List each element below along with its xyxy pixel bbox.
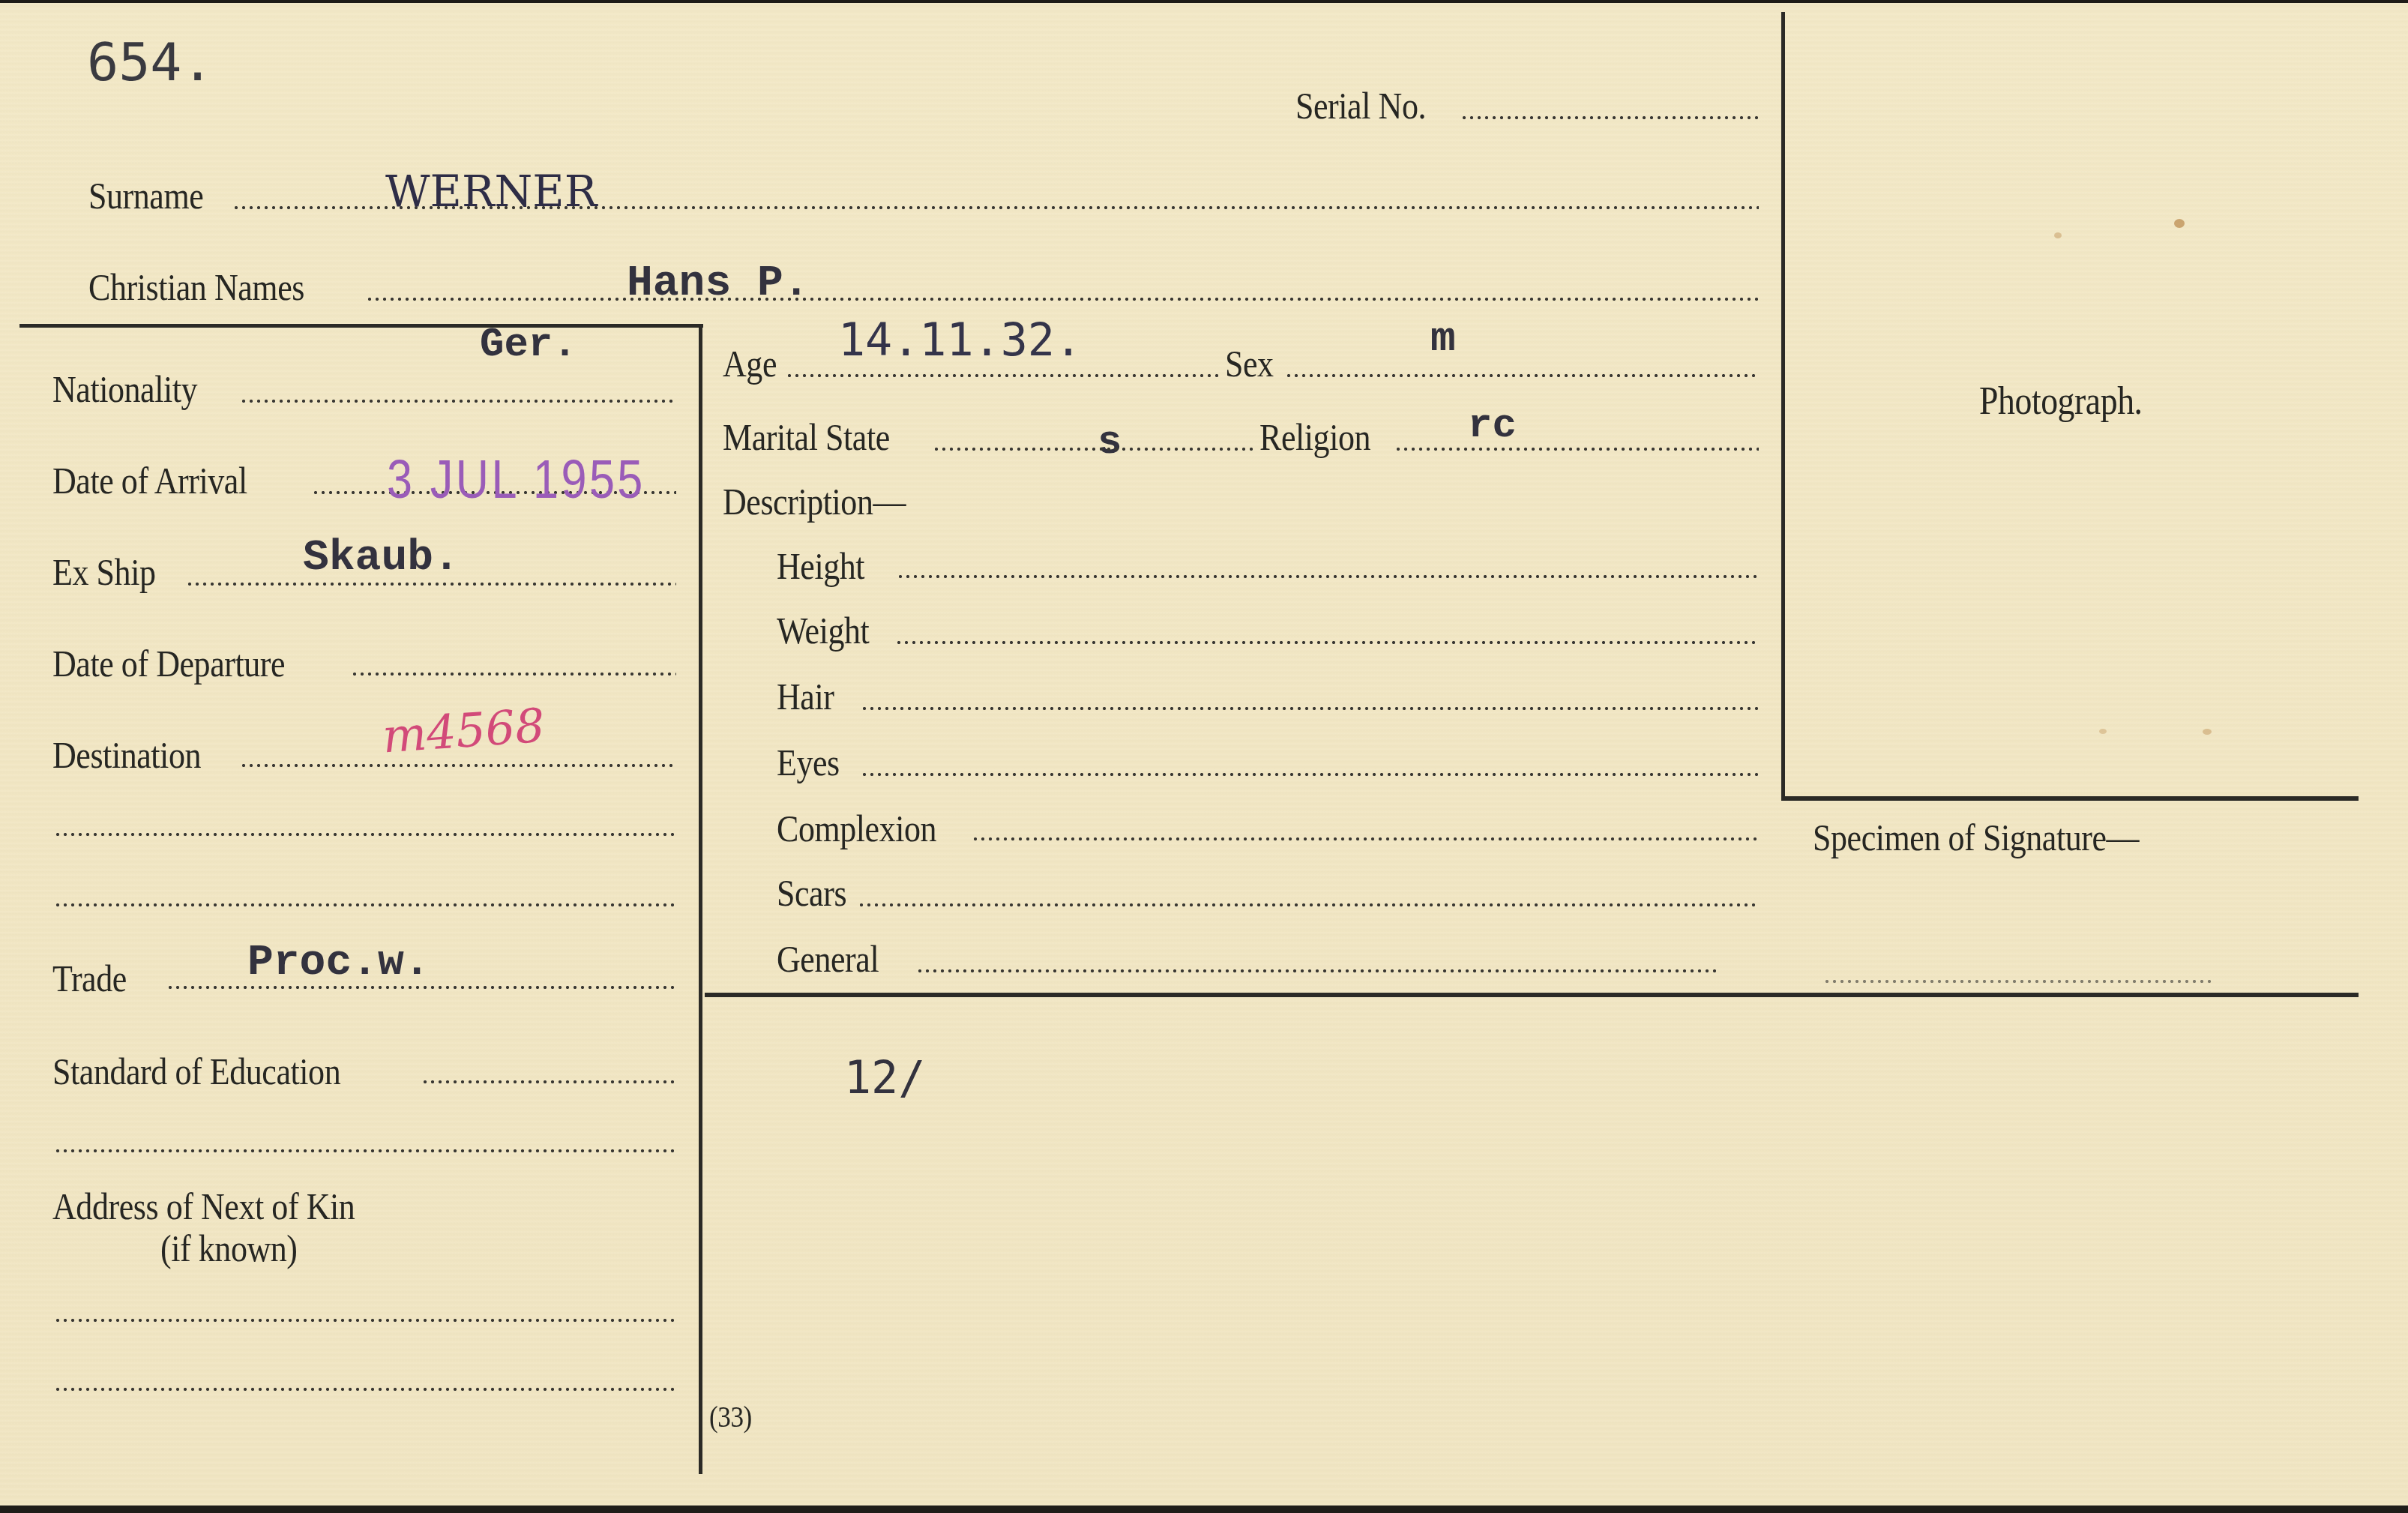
weight-field[interactable] [897, 640, 1759, 645]
religion-label: Religion [1259, 418, 1370, 456]
standard-of-education-field-line-2[interactable] [55, 1149, 676, 1153]
christian-names-label: Christian Names [88, 268, 304, 306]
eyes-field[interactable] [862, 772, 1759, 777]
left-panel-top-rule [19, 324, 703, 328]
ex-ship-label: Ex Ship [52, 553, 156, 591]
next-of-kin-field-line-2[interactable] [55, 1387, 676, 1392]
christian-names-field[interactable] [367, 297, 1759, 301]
date-of-departure-field[interactable] [352, 672, 676, 676]
paper-stain [2054, 232, 2062, 238]
photo-box-bottom-rule [1781, 796, 2359, 801]
paper-stain [2099, 729, 2107, 734]
date-of-arrival-label: Date of Arrival [52, 462, 247, 499]
marital-state-label: Marital State [723, 418, 890, 456]
date-of-departure-label: Date of Departure [52, 645, 285, 682]
trade-value: Proc.w. [247, 942, 430, 985]
general-label: General [777, 940, 879, 978]
religion-value: rc [1468, 406, 1517, 447]
age-label: Age [723, 345, 777, 382]
marital-state-field[interactable] [934, 447, 1256, 451]
sex-field[interactable] [1286, 373, 1759, 378]
registration-card: 654. Serial No. Surname WERNER Christian… [0, 3, 2408, 1506]
destination-handwritten: m4568 [381, 703, 546, 760]
date-of-arrival-stamp: 3 JUL 1955 [387, 453, 645, 507]
next-of-kin-field-line-1[interactable] [55, 1318, 676, 1323]
form-number: (33) [709, 1402, 752, 1432]
height-field[interactable] [898, 574, 1759, 579]
weight-label: Weight [777, 612, 869, 649]
surname-value: WERNER [385, 169, 597, 213]
hair-label: Hair [777, 678, 834, 715]
ex-ship-value: Skaub. [303, 537, 460, 580]
paper-stain [2174, 219, 2185, 228]
general-field[interactable] [918, 969, 1718, 973]
sex-label: Sex [1225, 345, 1274, 382]
complexion-label: Complexion [777, 810, 936, 847]
age-value: 14.11.32. [838, 318, 1082, 363]
nationality-label: Nationality [52, 370, 197, 408]
description-heading: Description— [723, 483, 906, 520]
trade-field[interactable] [168, 985, 676, 990]
nationality-field[interactable] [241, 399, 676, 403]
eyes-label: Eyes [777, 744, 840, 781]
paper-stain [2203, 729, 2212, 735]
note-value: 12/ [844, 1056, 925, 1101]
complexion-field[interactable] [973, 837, 1759, 841]
destination-field-line-3[interactable] [55, 903, 676, 907]
serial-no-label: Serial No. [1295, 87, 1426, 124]
scars-label: Scars [777, 874, 846, 912]
hair-field[interactable] [862, 706, 1759, 711]
signature-field[interactable] [1825, 979, 2215, 984]
ex-ship-field[interactable] [187, 582, 676, 586]
scars-field[interactable] [859, 903, 1759, 907]
left-panel-divider [699, 324, 702, 1474]
religion-field[interactable] [1396, 447, 1759, 451]
photograph-placeholder-label: Photograph. [1979, 382, 2143, 421]
surname-label: Surname [88, 177, 203, 214]
serial-no-field[interactable] [1462, 115, 1759, 120]
signature-label: Specimen of Signature— [1813, 819, 2139, 856]
photo-box-left-rule [1781, 12, 1785, 801]
christian-names-value: Hans P. [627, 262, 810, 306]
nationality-value: Ger. [480, 325, 577, 366]
description-bottom-rule [705, 993, 2359, 997]
next-of-kin-label: Address of Next of Kin [52, 1188, 355, 1225]
height-label: Height [777, 547, 864, 585]
marital-state-value: s [1098, 423, 1122, 463]
standard-of-education-label: Standard of Education [52, 1053, 340, 1090]
sex-value: m [1430, 318, 1456, 360]
destination-label: Destination [52, 736, 201, 774]
index-number: 654. [87, 36, 214, 88]
standard-of-education-field[interactable] [423, 1080, 676, 1084]
trade-label: Trade [52, 960, 127, 997]
next-of-kin-sublabel: (if known) [160, 1230, 298, 1267]
age-field[interactable] [787, 373, 1222, 378]
destination-field-line-2[interactable] [55, 832, 676, 837]
destination-field[interactable] [241, 763, 676, 768]
